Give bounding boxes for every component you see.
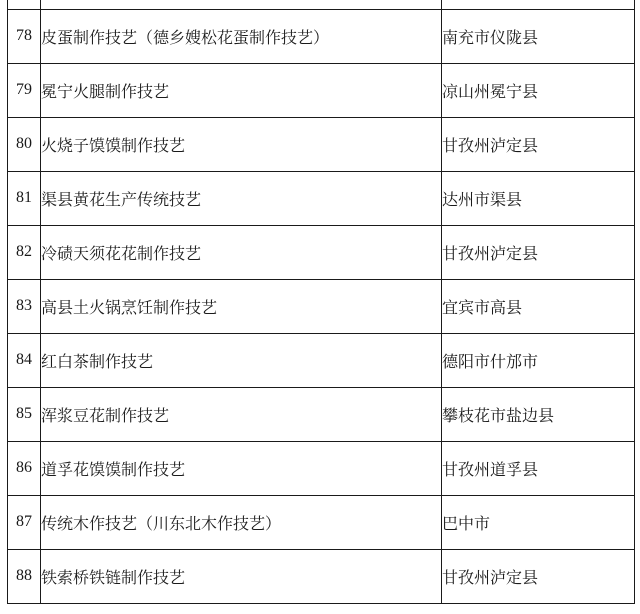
partial-cell-region xyxy=(442,0,635,9)
table-row: 85 浑浆豆花制作技艺 攀枝花市盐边县 xyxy=(8,387,635,441)
table-row: 78 皮蛋制作技艺（德乡嫂松花蛋制作技艺） 南充市仪陇县 xyxy=(8,9,635,63)
heritage-table: 78 皮蛋制作技艺（德乡嫂松花蛋制作技艺） 南充市仪陇县 79 冕宁火腿制作技艺… xyxy=(7,0,635,604)
row-name: 冷碛天须花花制作技艺 xyxy=(41,225,442,279)
row-name: 渠县黄花生产传统技艺 xyxy=(41,171,442,225)
row-name: 道孚花馍馍制作技艺 xyxy=(41,441,442,495)
row-name: 铁索桥铁链制作技艺 xyxy=(41,549,442,603)
row-region: 攀枝花市盐边县 xyxy=(442,387,635,441)
partial-cell-number xyxy=(8,0,41,9)
table-row: 84 红白茶制作技艺 德阳市什邡市 xyxy=(8,333,635,387)
row-name: 高县土火锅烹饪制作技艺 xyxy=(41,279,442,333)
row-number: 82 xyxy=(8,225,41,279)
row-number: 87 xyxy=(8,495,41,549)
row-number: 79 xyxy=(8,63,41,117)
row-name: 红白茶制作技艺 xyxy=(41,333,442,387)
table-row: 83 高县土火锅烹饪制作技艺 宜宾市高县 xyxy=(8,279,635,333)
row-region: 达州市渠县 xyxy=(442,171,635,225)
row-region: 甘孜州道孚县 xyxy=(442,441,635,495)
row-region: 德阳市什邡市 xyxy=(442,333,635,387)
row-name: 传统木作技艺（川东北木作技艺） xyxy=(41,495,442,549)
table-row: 81 渠县黄花生产传统技艺 达州市渠县 xyxy=(8,171,635,225)
row-name: 火烧子馍馍制作技艺 xyxy=(41,117,442,171)
row-region: 宜宾市高县 xyxy=(442,279,635,333)
row-number: 86 xyxy=(8,441,41,495)
row-number: 88 xyxy=(8,549,41,603)
row-region: 甘孜州泸定县 xyxy=(442,117,635,171)
table-row: 86 道孚花馍馍制作技艺 甘孜州道孚县 xyxy=(8,441,635,495)
row-name: 浑浆豆花制作技艺 xyxy=(41,387,442,441)
table-row: 80 火烧子馍馍制作技艺 甘孜州泸定县 xyxy=(8,117,635,171)
row-region: 凉山州冕宁县 xyxy=(442,63,635,117)
table-row: 82 冷碛天须花花制作技艺 甘孜州泸定县 xyxy=(8,225,635,279)
row-region: 南充市仪陇县 xyxy=(442,9,635,63)
row-number: 83 xyxy=(8,279,41,333)
partial-cell-name xyxy=(41,0,442,9)
document-page: 78 皮蛋制作技艺（德乡嫂松花蛋制作技艺） 南充市仪陇县 79 冕宁火腿制作技艺… xyxy=(0,0,640,614)
row-number: 78 xyxy=(8,9,41,63)
table-row: 79 冕宁火腿制作技艺 凉山州冕宁县 xyxy=(8,63,635,117)
row-region: 甘孜州泸定县 xyxy=(442,225,635,279)
partial-row-top xyxy=(8,0,635,9)
table-body: 78 皮蛋制作技艺（德乡嫂松花蛋制作技艺） 南充市仪陇县 79 冕宁火腿制作技艺… xyxy=(8,0,635,603)
row-name: 冕宁火腿制作技艺 xyxy=(41,63,442,117)
row-number: 84 xyxy=(8,333,41,387)
table-row: 88 铁索桥铁链制作技艺 甘孜州泸定县 xyxy=(8,549,635,603)
row-number: 81 xyxy=(8,171,41,225)
row-name: 皮蛋制作技艺（德乡嫂松花蛋制作技艺） xyxy=(41,9,442,63)
row-region: 巴中市 xyxy=(442,495,635,549)
table-row: 87 传统木作技艺（川东北木作技艺） 巴中市 xyxy=(8,495,635,549)
row-number: 80 xyxy=(8,117,41,171)
row-region: 甘孜州泸定县 xyxy=(442,549,635,603)
row-number: 85 xyxy=(8,387,41,441)
